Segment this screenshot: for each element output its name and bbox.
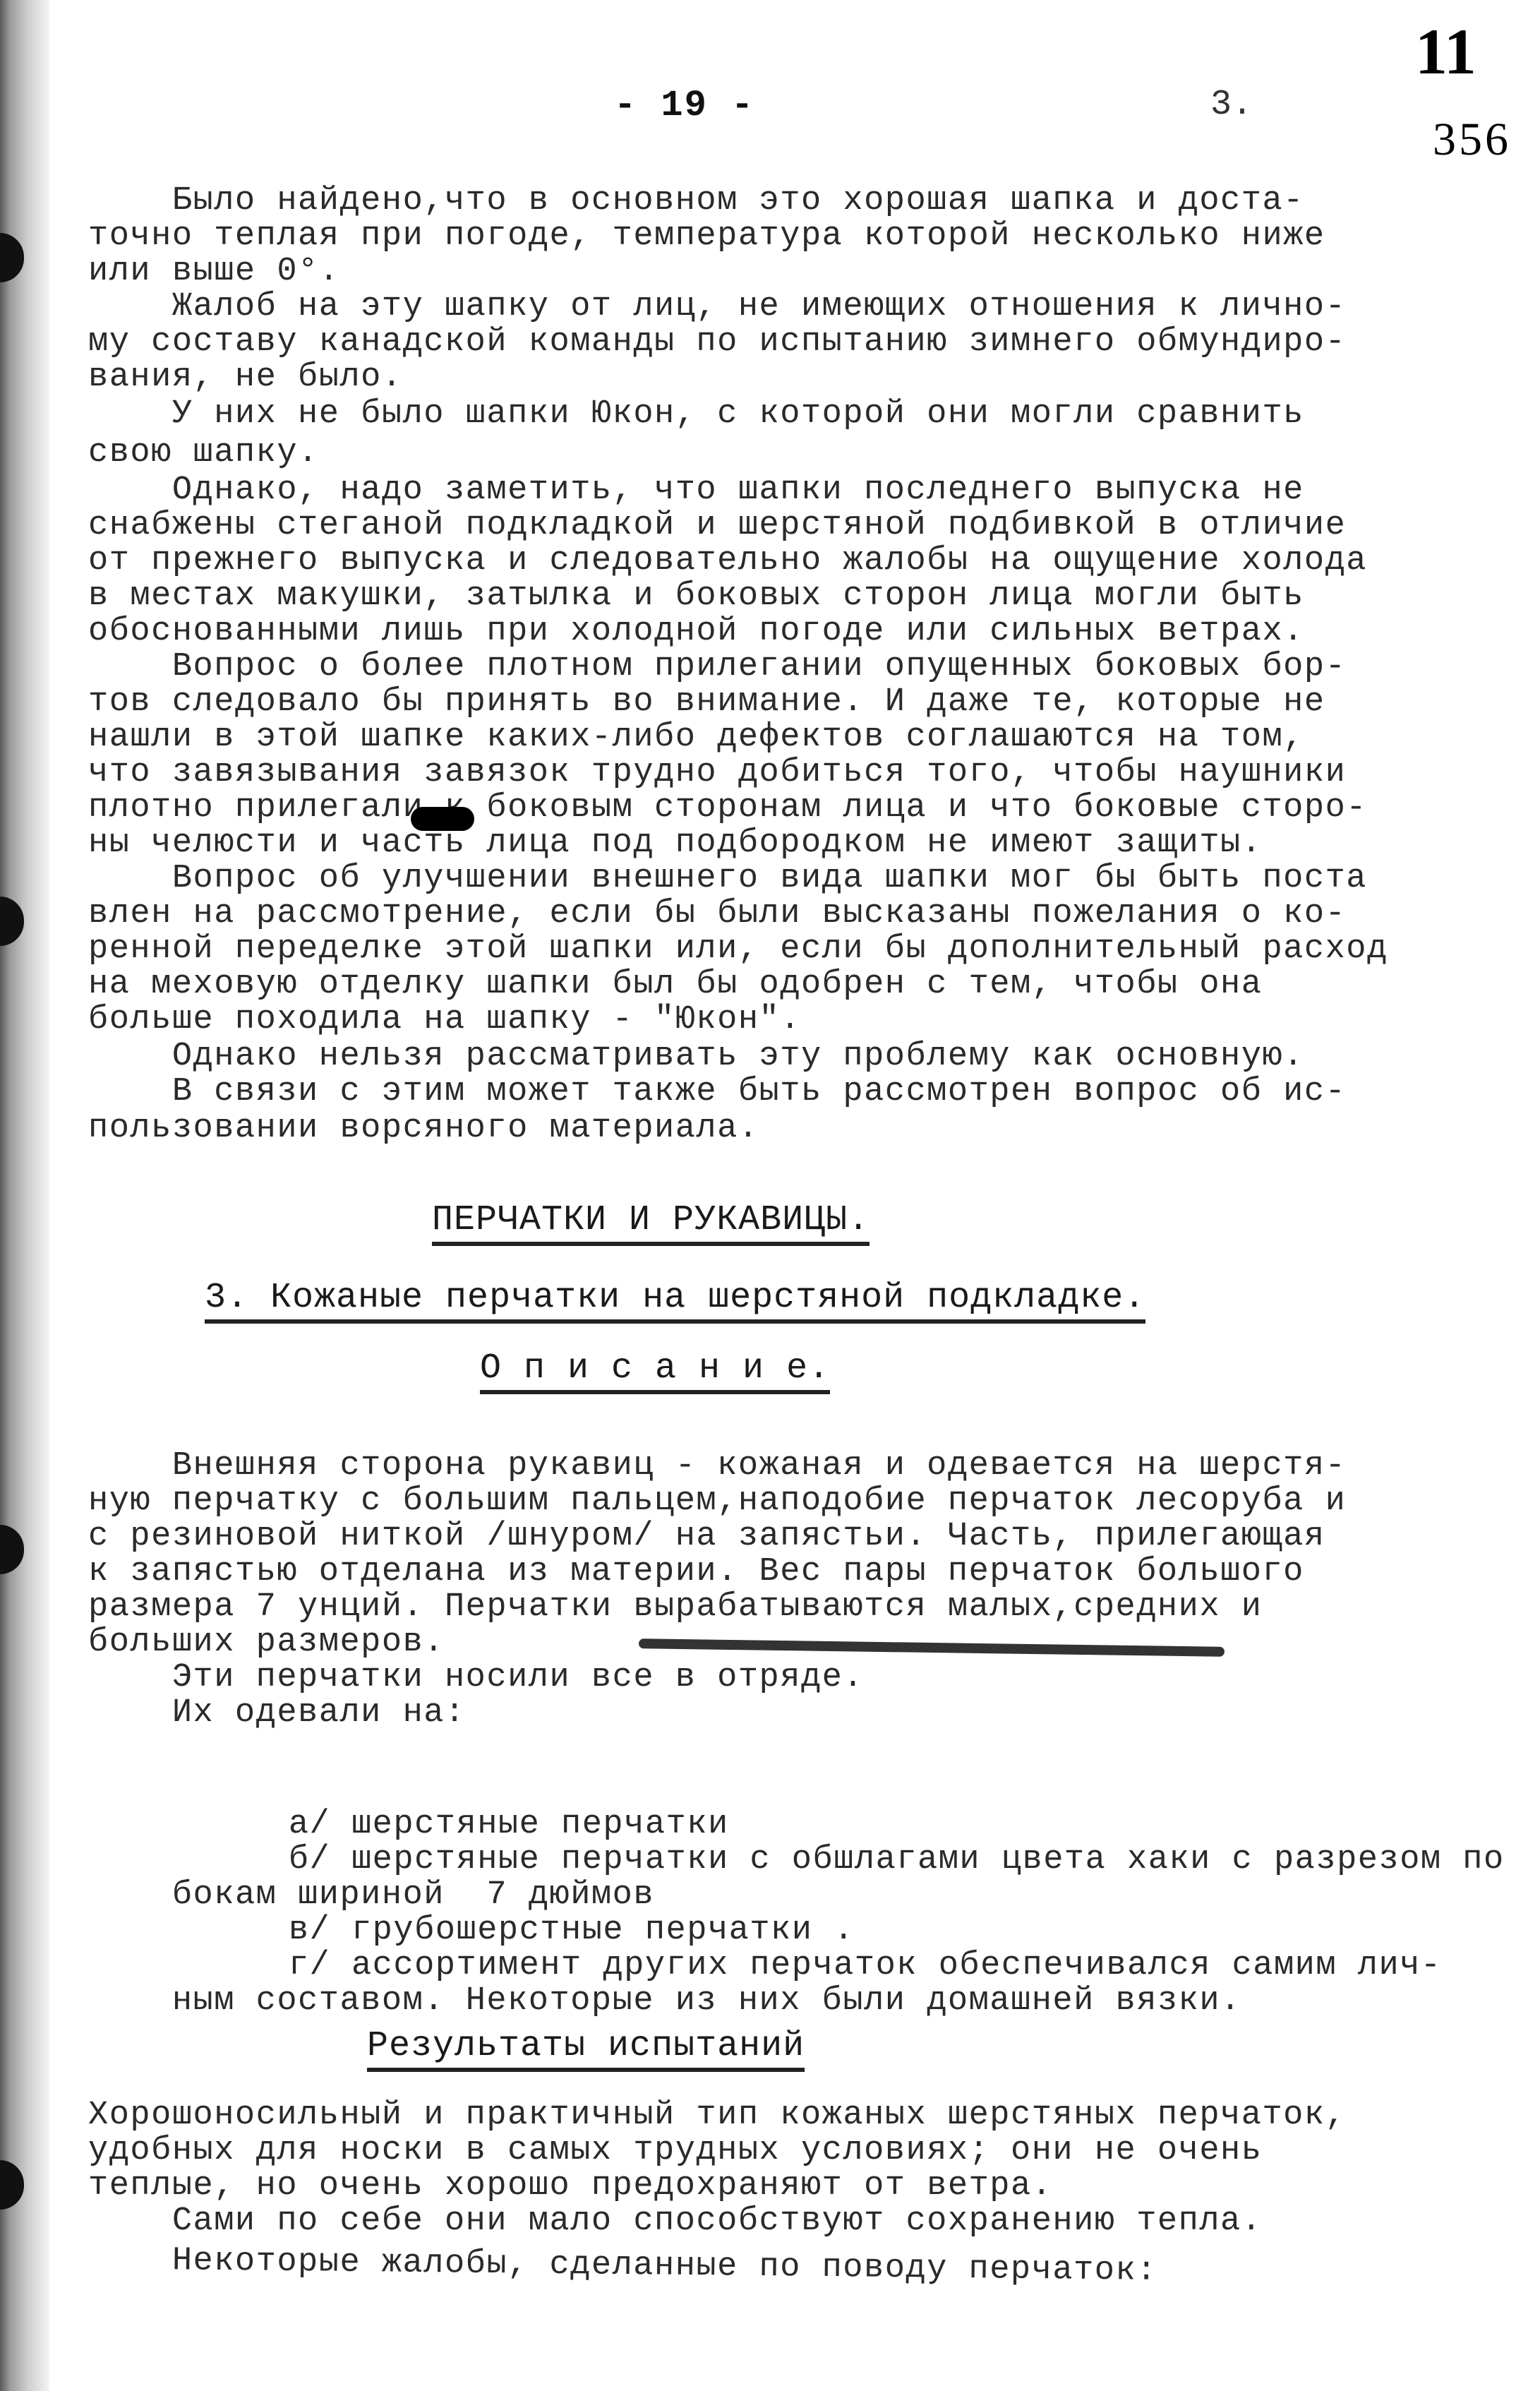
text-line: теплые, но очень хорошо предохраняют от … xyxy=(88,2167,1052,2205)
text-line: с резиновой ниткой /шнуром/ на запястьи.… xyxy=(88,1518,1325,1555)
text-line: Внешняя сторона рукавиц - кожаная и одев… xyxy=(88,1447,1346,1485)
text-line: ренной переделке этой шапки или, если бы… xyxy=(88,930,1388,968)
text-line: Однако, надо заметить, что шапки последн… xyxy=(88,472,1304,509)
ink-blot xyxy=(411,807,474,831)
text-line: размера 7 унций. Перчатки вырабатываются… xyxy=(88,1588,1262,1626)
text-line: что завязывания завязок трудно добиться … xyxy=(88,754,1346,791)
text-line: больше походила на шапку - "Юкон". xyxy=(88,1001,801,1038)
text-line: больших размеров. xyxy=(88,1624,445,1661)
text-line: в местах макушки, затылка и боковых стор… xyxy=(88,577,1304,615)
text-line: В связи с этим может также быть рассмотр… xyxy=(88,1073,1346,1110)
text-line: или выше 0°. xyxy=(88,253,339,290)
text-line: Вопрос об улучшении внешнего вида шапки … xyxy=(88,860,1367,897)
results-heading: Результаты испытаний xyxy=(367,2026,805,2072)
archive-folio-number: 11 xyxy=(1415,14,1476,89)
section-heading: ПЕРЧАТКИ И РУКАВИЦЫ. xyxy=(432,1200,870,1246)
text-line: Жалоб на эту шапку от лиц, не имеющих от… xyxy=(88,288,1346,325)
text-line: му составу канадской команды по испытани… xyxy=(88,323,1346,361)
text-line: Эти перчатки носили все в отряде. xyxy=(88,1659,864,1696)
archive-sheet-number: 356 xyxy=(1433,113,1511,167)
text-line: Хорошоносильный и практичный тип кожаных… xyxy=(88,2097,1346,2134)
text-line: обоснованными лишь при холодной погоде и… xyxy=(88,613,1304,650)
text-line: Сами по себе они мало способствуют сохра… xyxy=(88,2203,1262,2240)
text-line: удобных для носки в самых трудных услови… xyxy=(88,2132,1262,2169)
text-line: на меховую отделку шапки был бы одобрен … xyxy=(88,966,1262,1003)
text-line: свою шапку. xyxy=(88,434,319,472)
text-line: вания, не было. xyxy=(88,359,403,396)
text-line: ны челюсти и часть лица под подбородком … xyxy=(88,825,1262,862)
text-line: У них не было шапки Юкон, с которой они … xyxy=(88,395,1304,433)
list-text: ным составом. Некоторые из них были дома… xyxy=(172,1982,1241,2020)
page-number: - 19 - xyxy=(614,85,754,126)
text-line: Некоторые жалобы, сделанные по поводу пе… xyxy=(88,2241,1157,2290)
text-line: Вопрос о более плотном прилегании опущен… xyxy=(88,648,1346,685)
text-line: нашли в этой шапке каких-либо дефектов с… xyxy=(88,719,1304,756)
text-line: пользовании ворсяного материала. xyxy=(88,1110,759,1147)
pencil-underline-mark xyxy=(639,1638,1225,1657)
text-line: влен на рассмотрение, если бы были выска… xyxy=(88,895,1346,933)
item-heading: 3. Кожаные перчатки на шерстяной подклад… xyxy=(205,1278,1145,1324)
text-line: Было найдено,что в основном это хорошая … xyxy=(88,182,1304,220)
text-line: плотно прилегали к боковым сторонам лица… xyxy=(88,789,1367,827)
binding-edge xyxy=(0,0,49,2391)
description-heading: О п и с а н и е. xyxy=(480,1348,830,1394)
text-line: Однако нельзя рассматривать эту проблему… xyxy=(88,1038,1304,1075)
section-mark: 3. xyxy=(1210,85,1253,125)
text-line: ную перчатку с большим пальцем,наподобие… xyxy=(88,1482,1346,1520)
text-line: точно теплая при погоде, температура кот… xyxy=(88,217,1325,255)
text-line: от прежнего выпуска и следовательно жало… xyxy=(88,542,1367,580)
text-line: снабжены стеганой подкладкой и шерстяной… xyxy=(88,507,1346,544)
text-line: Их одевали на: xyxy=(88,1694,466,1732)
text-line: тов следовало бы принять во внимание. И … xyxy=(88,683,1325,721)
text-line: к запястью отделана из материи. Вес пары… xyxy=(88,1553,1304,1590)
